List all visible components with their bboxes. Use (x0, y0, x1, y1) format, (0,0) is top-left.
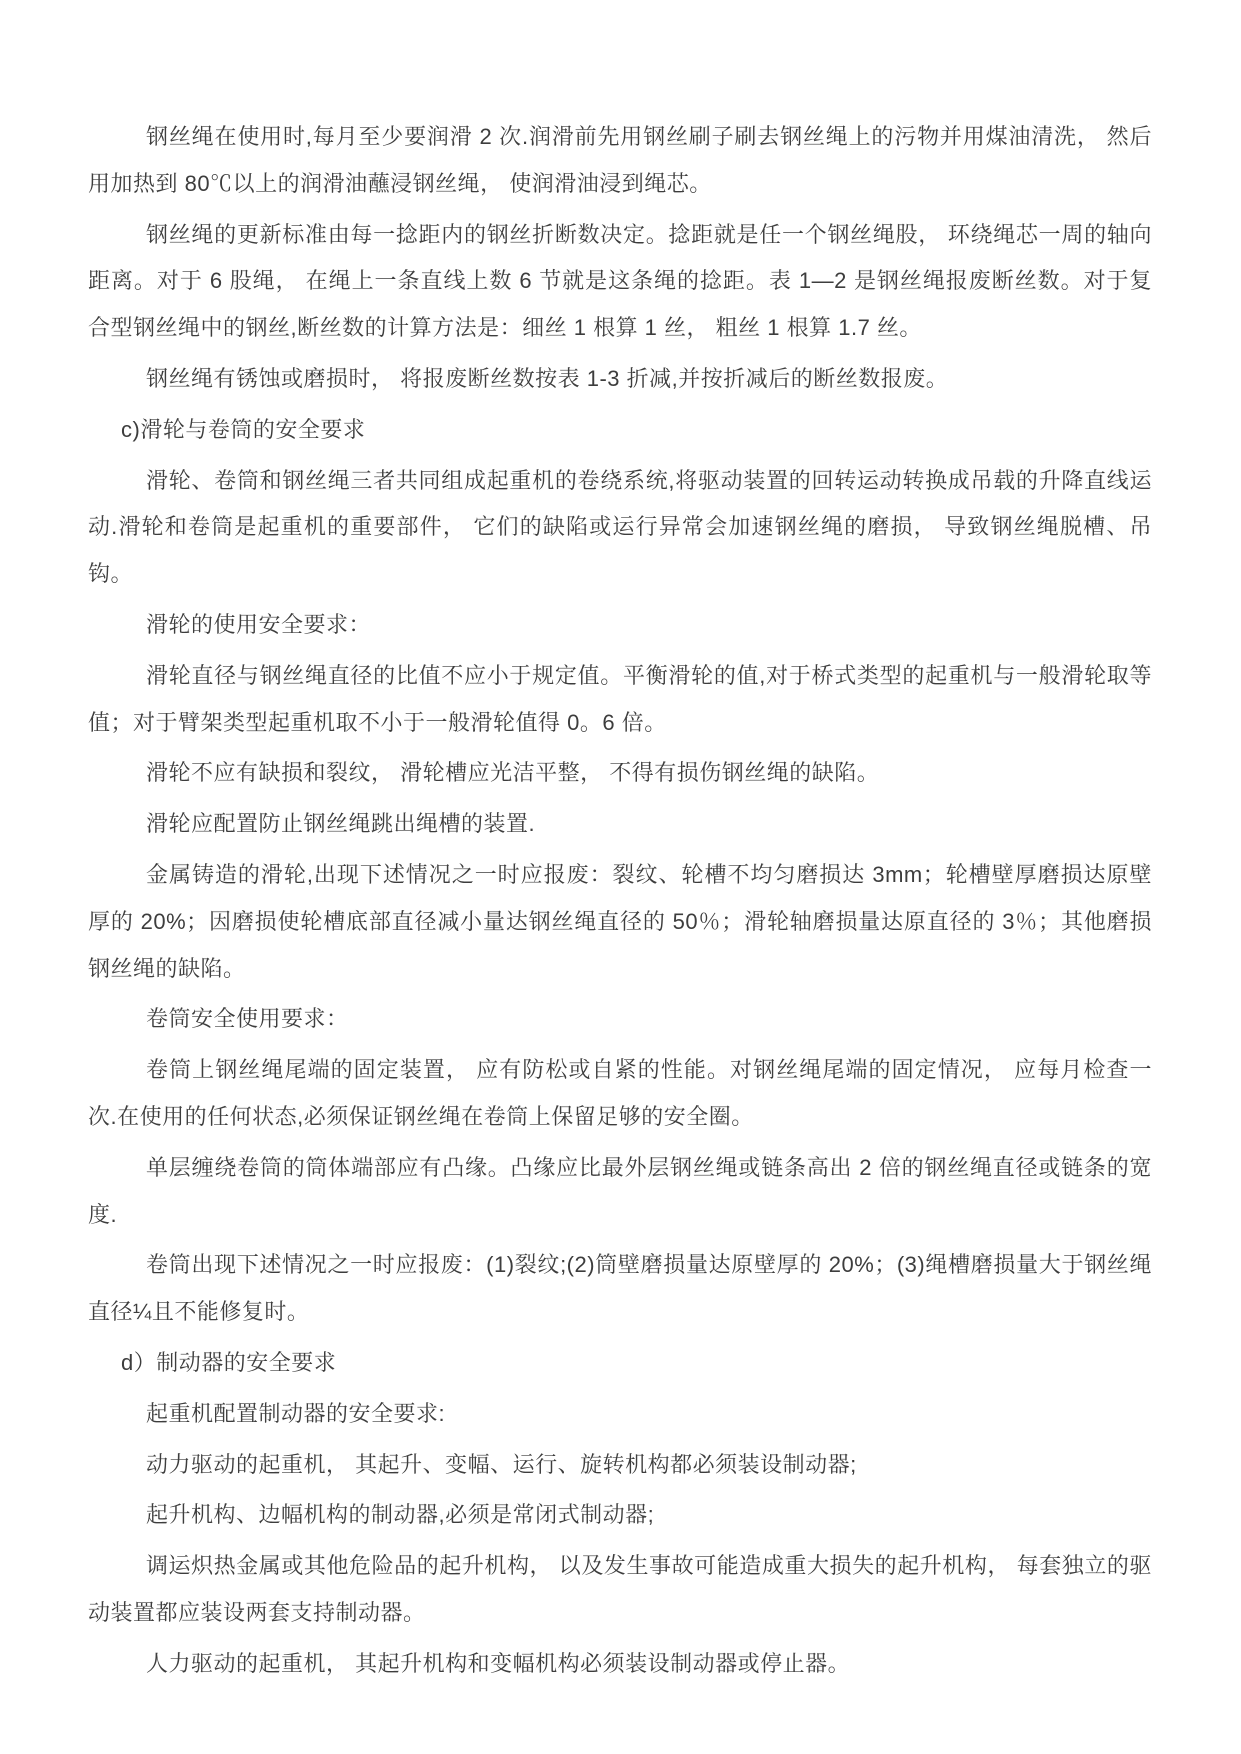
paragraph-closed-type-brakes: 起升机构、边幅机构的制动器,必须是常闭式制动器; (88, 1492, 1152, 1539)
paragraph-wire-rope-lubrication: 钢丝绳在使用时,每月至少要润滑 2 次.润滑前先用钢丝刷子刷去钢丝绳上的污物并用… (88, 114, 1152, 208)
paragraph-pulley-requirements-title: 滑轮的使用安全要求： (88, 602, 1152, 649)
paragraph-pulley-diameter-ratio: 滑轮直径与钢丝绳直径的比值不应小于规定值。平衡滑轮的值,对于桥式类型的起重机与一… (88, 653, 1152, 747)
paragraph-manual-crane-brakes: 人力驱动的起重机， 其起升机构和变幅机构必须装设制动器或停止器。 (88, 1641, 1152, 1688)
document-page: 钢丝绳在使用时,每月至少要润滑 2 次.润滑前先用钢丝刷子刷去钢丝绳上的污物并用… (0, 0, 1241, 1754)
paragraph-pulley-guard-device: 滑轮应配置防止钢丝绳跳出绳槽的装置. (88, 801, 1152, 848)
paragraph-powered-crane-brakes: 动力驱动的起重机， 其起升、变幅、运行、旋转机构都必须装设制动器; (88, 1442, 1152, 1489)
paragraph-pulley-no-defects: 滑轮不应有缺损和裂纹， 滑轮槽应光洁平整， 不得有损伤钢丝绳的缺陷。 (88, 750, 1152, 797)
paragraph-brake-requirements-title: 起重机配置制动器的安全要求: (88, 1391, 1152, 1438)
section-heading-c-pulley-drum: c)滑轮与卷筒的安全要求 (88, 407, 1152, 454)
paragraph-drum-flange: 单层缠绕卷筒的筒体端部应有凸缘。凸缘应比最外层钢丝绳或链条高出 2 倍的钢丝绳直… (88, 1145, 1152, 1239)
paragraph-drum-scrap-conditions: 卷筒出现下述情况之一时应报废：(1)裂纹;(2)筒壁磨损量达原壁厚的 20%；(… (88, 1242, 1152, 1336)
paragraph-wire-rope-corrosion: 钢丝绳有锈蚀或磨损时， 将报废断丝数按表 1-3 折减,并按折减后的断丝数报废。 (88, 356, 1152, 403)
section-heading-d-brakes: d）制动器的安全要求 (88, 1340, 1152, 1387)
paragraph-cast-pulley-scrap: 金属铸造的滑轮,出现下述情况之一时应报废：裂纹、轮槽不均匀磨损达 3mm；轮槽壁… (88, 852, 1152, 992)
paragraph-drum-requirements-title: 卷筒安全使用要求： (88, 996, 1152, 1043)
paragraph-drum-rope-end-fixing: 卷筒上钢丝绳尾端的固定装置， 应有防松或自紧的性能。对钢丝绳尾端的固定情况， 应… (88, 1047, 1152, 1141)
paragraph-wire-rope-renewal: 钢丝绳的更新标准由每一捻距内的钢丝折断数决定。捻距就是任一个钢丝绳股， 环绕绳芯… (88, 212, 1152, 352)
paragraph-hot-metal-double-brakes: 调运炽热金属或其他危险品的起升机构， 以及发生事故可能造成重大损失的起升机构， … (88, 1543, 1152, 1637)
paragraph-winding-system: 滑轮、卷筒和钢丝绳三者共同组成起重机的卷绕系统,将驱动装置的回转运动转换成吊载的… (88, 458, 1152, 598)
